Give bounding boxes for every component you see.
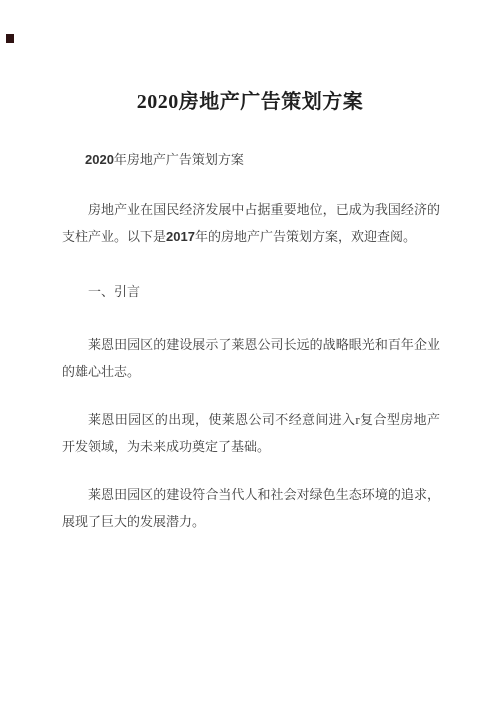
text-segment: 莱恩田园区的建设符合当代人和社会对绿色生态环境的追求，展现了巨大的发展潜力。	[62, 487, 440, 529]
corner-artifact-mark	[6, 34, 14, 43]
text-segment: 2017	[166, 229, 195, 244]
body-paragraph: 莱恩田园区的出现，使莱恩公司不经意间进入r复合型房地产开发领域，为未来成功奠定了…	[62, 406, 440, 460]
document-page: 2020房地产广告策划方案 2020年房地产广告策划方案 房地产业在国民经济发展…	[0, 0, 500, 707]
document-subtitle: 2020年房地产广告策划方案	[85, 151, 244, 169]
section-heading: 一、引言	[62, 278, 440, 305]
document-title: 2020房地产广告策划方案	[0, 88, 500, 116]
text-segment: 莱恩田园区的出现，使莱恩公司不经意间进入r复合型房地产开发领域，为未来成功奠定了…	[62, 412, 440, 454]
intro-paragraph: 房地产业在国民经济发展中占据重要地位，已成为我国经济的支柱产业。以下是2017年…	[62, 196, 440, 250]
body-paragraph: 莱恩田园区的建设符合当代人和社会对绿色生态环境的追求，展现了巨大的发展潜力。	[62, 481, 440, 535]
text-segment: 2020	[85, 152, 114, 167]
text-segment: 年房地产广告策划方案	[114, 152, 244, 167]
body-paragraph: 莱恩田园区的建设展示了莱恩公司长远的战略眼光和百年企业的雄心壮志。	[62, 331, 440, 385]
text-segment: 莱恩田园区的建设展示了莱恩公司长远的战略眼光和百年企业的雄心壮志。	[62, 337, 440, 379]
text-segment: 年的房地产广告策划方案，欢迎查阅。	[195, 229, 416, 244]
